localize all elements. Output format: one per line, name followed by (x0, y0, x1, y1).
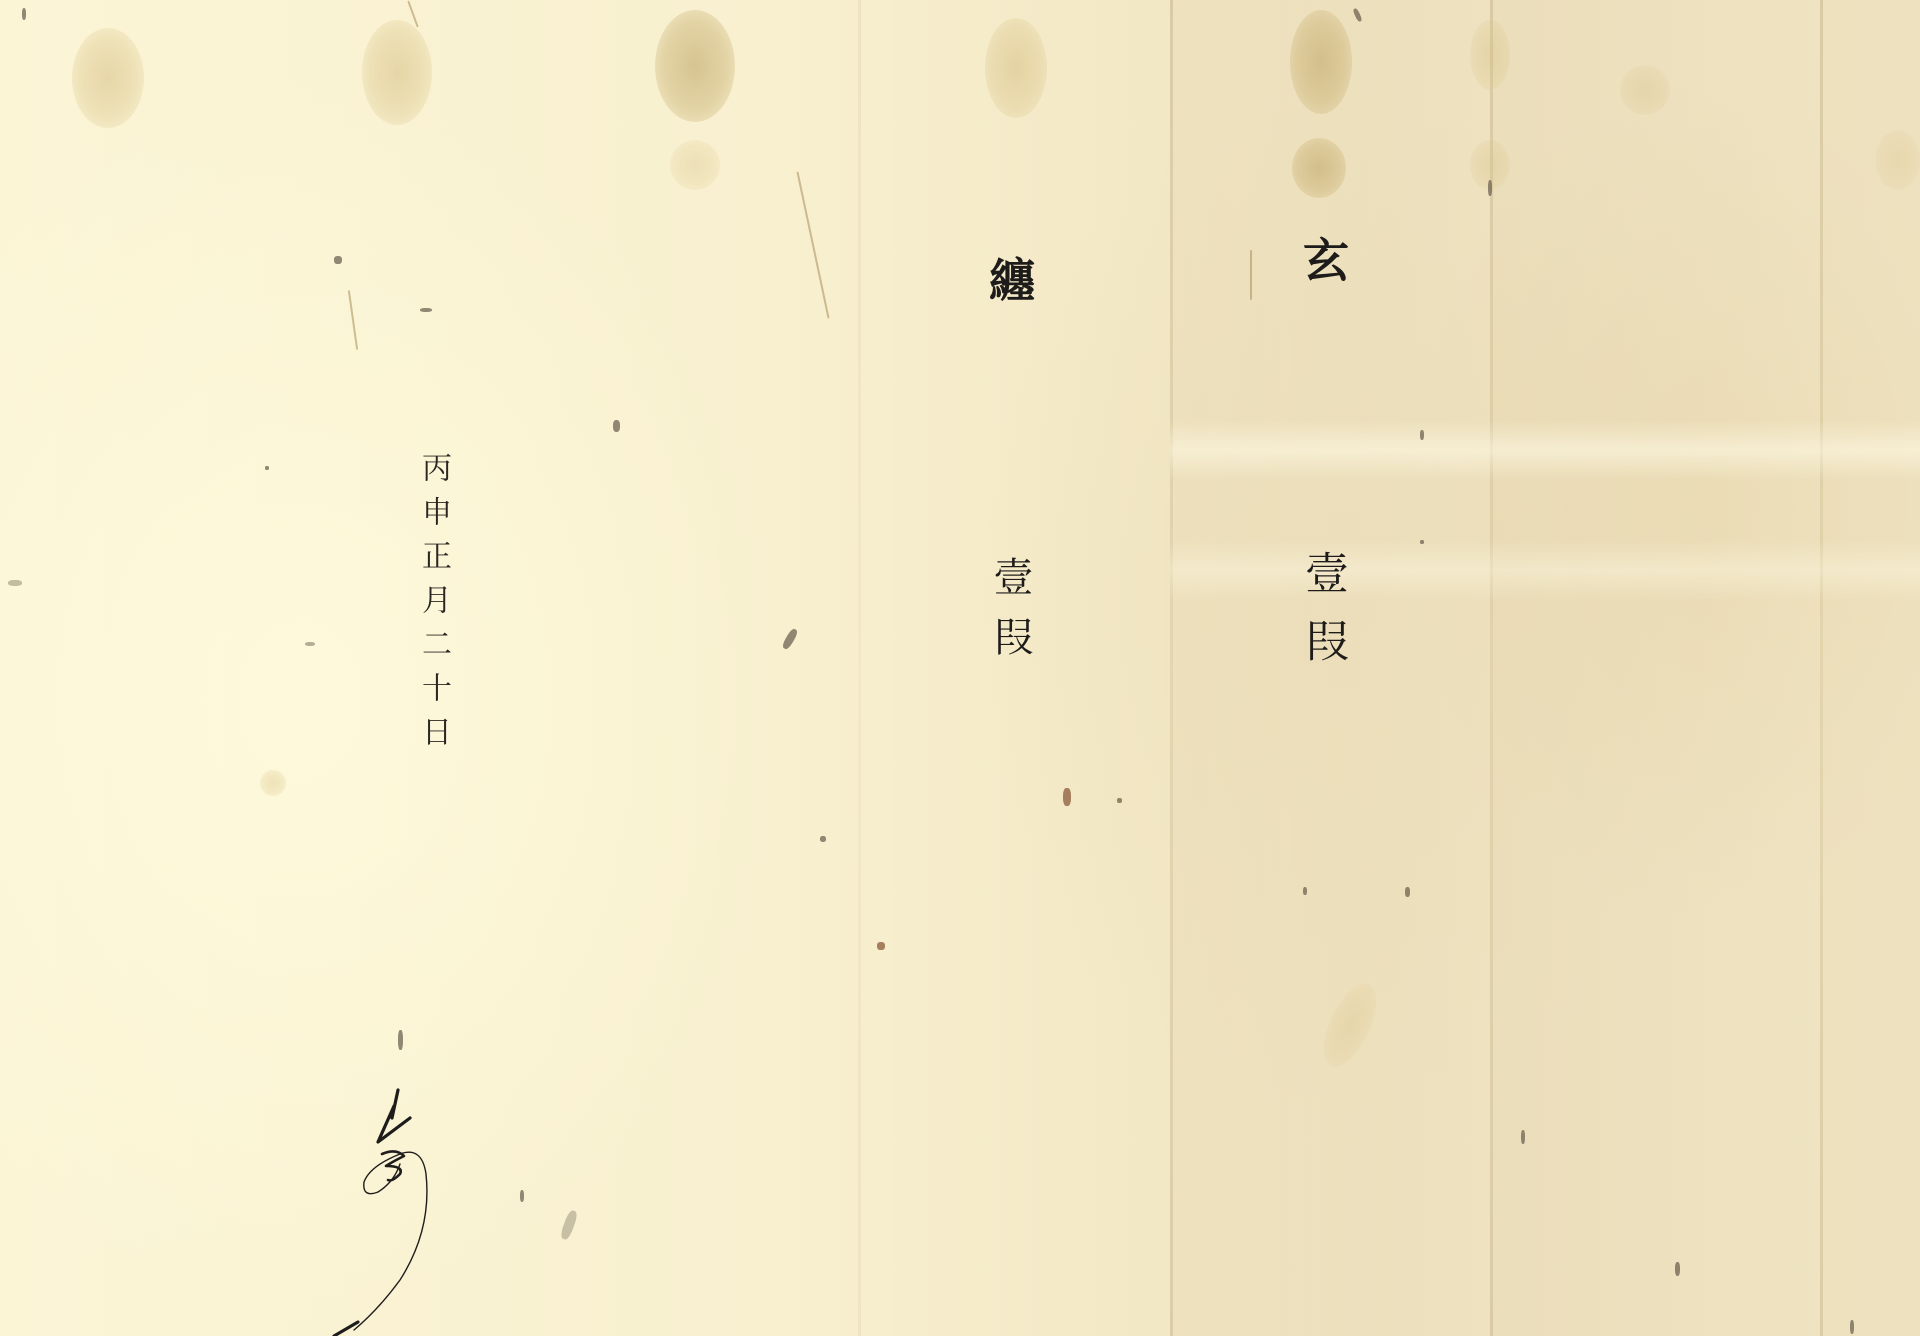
stain (1292, 138, 1346, 198)
paper-fleck (1488, 180, 1492, 196)
paper-fleck (305, 642, 315, 646)
paper-fleck (265, 466, 269, 470)
paper-fleck (1850, 1320, 1854, 1334)
paper-fleck (1405, 887, 1410, 897)
paper-fleck (1675, 1262, 1680, 1276)
stain (1620, 65, 1670, 115)
paper-fleck (781, 627, 799, 650)
paper-fleck (877, 942, 885, 950)
stain (260, 770, 286, 796)
stain (362, 20, 432, 125)
paper-fiber (348, 290, 358, 350)
stain (670, 140, 720, 190)
paper-fleck (1303, 887, 1307, 895)
stain (985, 18, 1047, 118)
horizontal-crease (1170, 540, 1920, 600)
paper-fiber (1250, 250, 1252, 300)
signature-mark: 手決 (330, 1070, 470, 1336)
entry-name: 玄 (1300, 236, 1346, 282)
paper-fleck (22, 8, 26, 20)
stain (1290, 10, 1352, 114)
paper-fleck (820, 836, 826, 842)
fold-line (1820, 0, 1823, 1336)
paper-fleck (520, 1190, 524, 1202)
paper-fleck (559, 1209, 579, 1241)
paper-fleck (1420, 430, 1424, 440)
stain (1875, 130, 1920, 190)
paper-fleck (1063, 788, 1071, 806)
fold-line (858, 0, 861, 1336)
fold-line (1490, 0, 1493, 1336)
paper-fleck (1521, 1130, 1525, 1144)
stain (72, 28, 144, 128)
aged-panel-edge (1820, 0, 1920, 1336)
paper-fleck (1420, 540, 1424, 544)
stain (1470, 20, 1510, 90)
document-sheet: 玄 壹叚 纏 壹叚 丙申正月二十日 手決 (0, 0, 1920, 1336)
paper-fleck (1117, 798, 1122, 803)
document-date: 丙申正月二十日 (418, 452, 448, 760)
entry-name: 纏 (986, 256, 1032, 302)
paper-fleck (334, 256, 342, 264)
aged-panel-far-right (1490, 0, 1820, 1336)
entry-quantity: 壹叚 (1300, 550, 1344, 686)
paper-fiber (796, 171, 829, 318)
paper-fleck (420, 308, 432, 312)
paper-fleck (8, 580, 22, 586)
paper-fleck (613, 420, 620, 432)
horizontal-crease (1170, 420, 1920, 480)
fold-line (1170, 0, 1173, 1336)
stain (655, 10, 735, 122)
entry-quantity: 壹叚 (990, 556, 1030, 676)
paper-fleck (398, 1030, 403, 1050)
